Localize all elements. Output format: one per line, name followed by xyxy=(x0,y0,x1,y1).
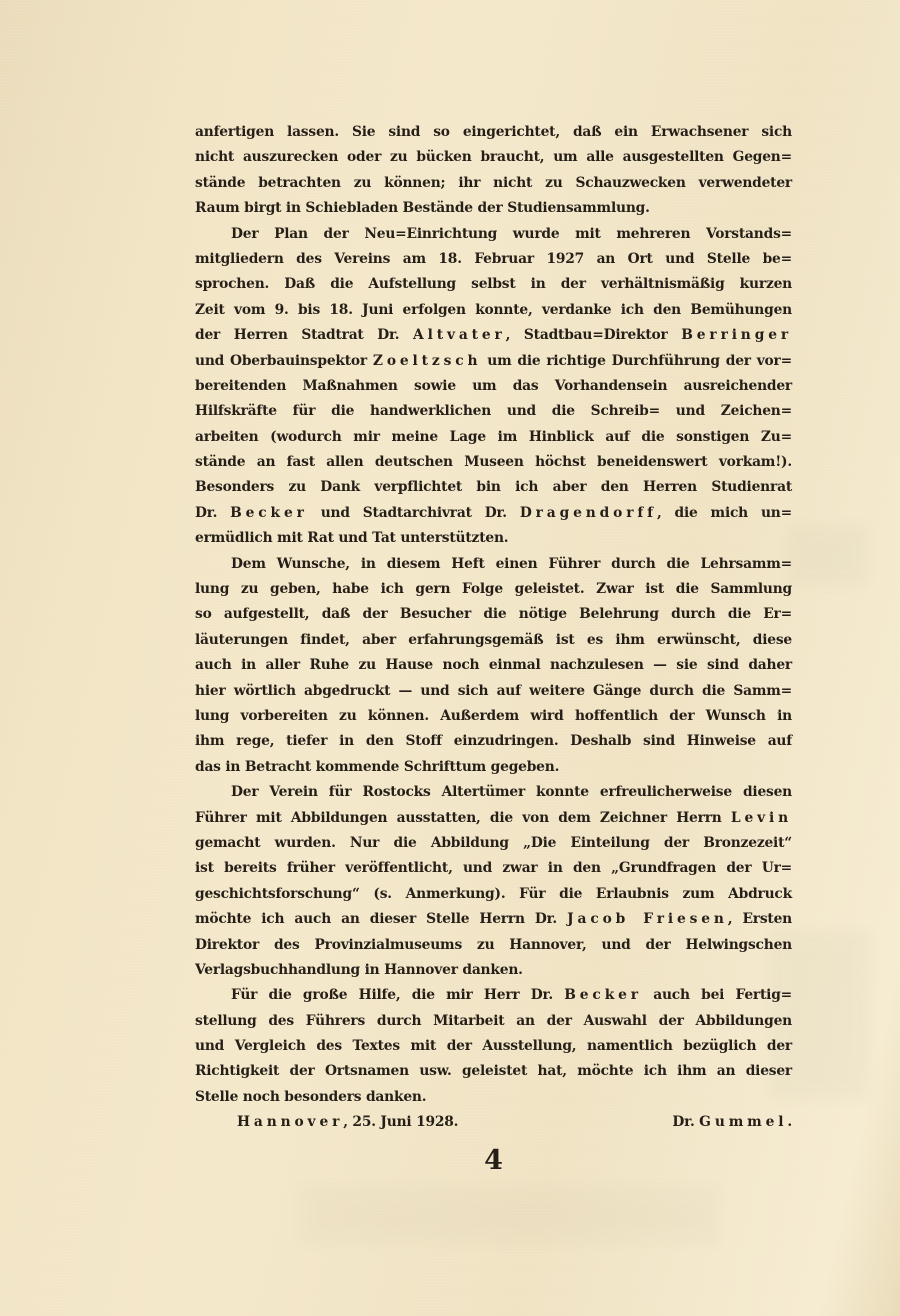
text-run: Dr. xyxy=(195,505,230,521)
text-run: das in Betracht kommende Schrifttum gege… xyxy=(195,759,559,775)
text-line: Direktor des Provinzialmuseums zu Hannov… xyxy=(195,933,792,958)
scanned-book-page: anfertigen lassen. Sie sind so eingerich… xyxy=(0,0,900,1316)
text-run: nicht auszurecken oder zu bücken braucht… xyxy=(195,149,792,165)
spaced-name: Altvater xyxy=(413,327,506,343)
dateline: Hannover, 25. Juni 1928. Dr. Gummel. xyxy=(195,1110,792,1135)
text-line: arbeiten (wodurch mir meine Lage im Hinb… xyxy=(195,425,792,450)
text-run: mitgliedern des Vereins am 18. Februar 1… xyxy=(195,251,792,267)
text-line: ihm rege, tiefer in den Stoff einzudring… xyxy=(195,729,792,754)
text-run: , Ersten xyxy=(728,911,792,927)
text-run: Für die große Hilfe, die mir Herr Dr. xyxy=(231,987,564,1003)
text-line: stände betrachten zu können; ihr nicht z… xyxy=(195,171,792,196)
dateline-place-date: Hannover, 25. Juni 1928. xyxy=(195,1110,458,1135)
text-run: und Stadtarchivrat Dr. xyxy=(308,505,520,521)
text-line: das in Betracht kommende Schrifttum gege… xyxy=(195,755,792,780)
text-run: Richtigkeit der Ortsnamen usw. geleistet… xyxy=(195,1063,792,1079)
text-run: . xyxy=(787,1114,792,1130)
text-line: mitgliedern des Vereins am 18. Februar 1… xyxy=(195,247,792,272)
text-line: Raum birgt in Schiebladen Bestände der S… xyxy=(195,196,792,221)
text-line: gemacht wurden. Nur die Abbildung „Die E… xyxy=(195,831,792,856)
text-run: Raum birgt in Schiebladen Bestände der S… xyxy=(195,200,650,216)
text-line: Für die große Hilfe, die mir Herr Dr. Be… xyxy=(195,983,792,1008)
spaced-name: Becker xyxy=(564,987,642,1003)
text-run: bereitenden Maßnahmen sowie um das Vorha… xyxy=(195,378,792,394)
text-run: stände betrachten zu können; ihr nicht z… xyxy=(195,175,792,191)
text-line: Führer mit Abbildungen ausstatten, die v… xyxy=(195,806,792,831)
text-line: Der Verein für Rostocks Altertümer konnt… xyxy=(195,780,792,805)
text-line: anfertigen lassen. Sie sind so eingerich… xyxy=(195,120,792,145)
text-run: stände an fast allen deutschen Museen hö… xyxy=(195,454,792,470)
text-run: hier wörtlich abgedruckt — und sich auf … xyxy=(195,683,792,699)
text-run: lung zu geben, habe ich gern Folge gelei… xyxy=(195,581,792,597)
text-line: hier wörtlich abgedruckt — und sich auf … xyxy=(195,679,792,704)
text-line: lung zu geben, habe ich gern Folge gelei… xyxy=(195,577,792,602)
text-line: Stelle noch besonders danken. xyxy=(195,1085,792,1110)
text-line: nicht auszurecken oder zu bücken braucht… xyxy=(195,145,792,170)
text-run: anfertigen lassen. Sie sind so eingerich… xyxy=(195,124,792,140)
spaced-name: Hannover xyxy=(237,1114,343,1130)
spaced-name: Berringer xyxy=(681,327,792,343)
text-run: Der Verein für Rostocks Altertümer konnt… xyxy=(231,784,792,800)
text-line: ermüdlich mit Rat und Tat unterstützten. xyxy=(195,526,792,551)
text-run: Dem Wunsche, in diesem Heft einen Führer… xyxy=(231,556,792,572)
text-run: sprochen. Daß die Aufstellung selbst in … xyxy=(195,276,792,292)
text-line: und Oberbauinspektor Zoeltzsch um die ri… xyxy=(195,349,792,374)
text-run: so aufgestellt, daß der Besucher die nöt… xyxy=(195,606,792,622)
text-line: der Herren Stadtrat Dr. Altvater, Stadtb… xyxy=(195,323,792,348)
text-run: ermüdlich mit Rat und Tat unterstützten. xyxy=(195,530,508,546)
text-run: und Oberbauinspektor xyxy=(195,353,373,369)
text-line: Zeit vom 9. bis 18. Juni erfolgen konnte… xyxy=(195,298,792,323)
text-line: Verlagsbuchhandlung in Hannover danken. xyxy=(195,958,792,983)
text-run: , 25. Juni 1928. xyxy=(343,1114,458,1130)
text-run: Zeit vom 9. bis 18. Juni erfolgen konnte… xyxy=(195,302,792,318)
text-line: lung vorbereiten zu können. Außerdem wir… xyxy=(195,704,792,729)
text-line: stände an fast allen deutschen Museen hö… xyxy=(195,450,792,475)
text-run: gemacht wurden. Nur die Abbildung „Die E… xyxy=(195,835,792,851)
text-line: Richtigkeit der Ortsnamen usw. geleistet… xyxy=(195,1059,792,1084)
text-line: möchte ich auch an dieser Stelle Herrn D… xyxy=(195,907,792,932)
text-line: Dr. Becker und Stadtarchivrat Dr. Dragen… xyxy=(195,501,792,526)
text-run: lung vorbereiten zu können. Außerdem wir… xyxy=(195,708,792,724)
spaced-name: Dragendorff xyxy=(520,505,657,521)
dateline-author-signature: Dr. Gummel. xyxy=(672,1110,792,1135)
show-through-smudge xyxy=(788,525,868,585)
text-run: der Herren Stadtrat Dr. xyxy=(195,327,413,343)
text-run: und Vergleich des Textes mit der Ausstel… xyxy=(195,1038,792,1054)
text-run: auch bei Fertig= xyxy=(642,987,792,1003)
text-line: bereitenden Maßnahmen sowie um das Vorha… xyxy=(195,374,792,399)
text-line: so aufgestellt, daß der Besucher die nöt… xyxy=(195,602,792,627)
text-run: stellung des Führers durch Mitarbeit an … xyxy=(195,1013,792,1029)
text-run: Verlagsbuchhandlung in Hannover danken. xyxy=(195,962,523,978)
spaced-name: Zoeltzsch xyxy=(373,353,481,369)
text-run: Direktor des Provinzialmuseums zu Hannov… xyxy=(195,937,792,953)
text-line: und Vergleich des Textes mit der Ausstel… xyxy=(195,1034,792,1059)
text-run: Hilfskräfte für die handwerklichen und d… xyxy=(195,403,792,419)
spaced-name: Gummel xyxy=(699,1114,787,1130)
text-run: Besonders zu Dank verpflichtet bin ich a… xyxy=(195,479,792,495)
text-run: geschichtsforschung“ (s. Anmerkung). Für… xyxy=(195,886,792,902)
text-line: geschichtsforschung“ (s. Anmerkung). Für… xyxy=(195,882,792,907)
text-run: , Stadtbau=Direktor xyxy=(506,327,682,343)
text-run: ist bereits früher veröffentlicht, und z… xyxy=(195,860,792,876)
text-line: stellung des Führers durch Mitarbeit an … xyxy=(195,1009,792,1034)
spaced-name: Becker xyxy=(230,505,308,521)
text-run: Führer mit Abbildungen ausstatten, die v… xyxy=(195,810,731,826)
text-run: um die richtige Durchführung der vor= xyxy=(481,353,792,369)
text-run: Dr. xyxy=(672,1114,699,1130)
spaced-name: Levin xyxy=(731,810,792,826)
page-text-block: anfertigen lassen. Sie sind so eingerich… xyxy=(195,120,792,1176)
text-line: auch in aller Ruhe zu Hause noch einmal … xyxy=(195,653,792,678)
text-run: ihm rege, tiefer in den Stoff einzudring… xyxy=(195,733,792,749)
text-run: Der Plan der Neu=Einrichtung wurde mit m… xyxy=(231,226,792,242)
text-line: ist bereits früher veröffentlicht, und z… xyxy=(195,856,792,881)
text-run: möchte ich auch an dieser Stelle Herrn D… xyxy=(195,911,567,927)
text-line: läuterungen findet, aber erfahrungsgemäß… xyxy=(195,628,792,653)
text-run: auch in aller Ruhe zu Hause noch einmal … xyxy=(195,657,792,673)
text-run: , die mich un= xyxy=(657,505,792,521)
text-line: sprochen. Daß die Aufstellung selbst in … xyxy=(195,272,792,297)
show-through-smudge xyxy=(300,1185,720,1245)
page-number: 4 xyxy=(195,1145,792,1176)
text-line: Dem Wunsche, in diesem Heft einen Führer… xyxy=(195,552,792,577)
text-line: Besonders zu Dank verpflichtet bin ich a… xyxy=(195,475,792,500)
text-line: Hilfskräfte für die handwerklichen und d… xyxy=(195,399,792,424)
text-line: Der Plan der Neu=Einrichtung wurde mit m… xyxy=(195,222,792,247)
text-run: Stelle noch besonders danken. xyxy=(195,1089,426,1105)
spaced-name: Jacob Friesen xyxy=(567,911,728,927)
text-run: arbeiten (wodurch mir meine Lage im Hinb… xyxy=(195,429,792,445)
text-run: läuterungen findet, aber erfahrungsgemäß… xyxy=(195,632,792,648)
